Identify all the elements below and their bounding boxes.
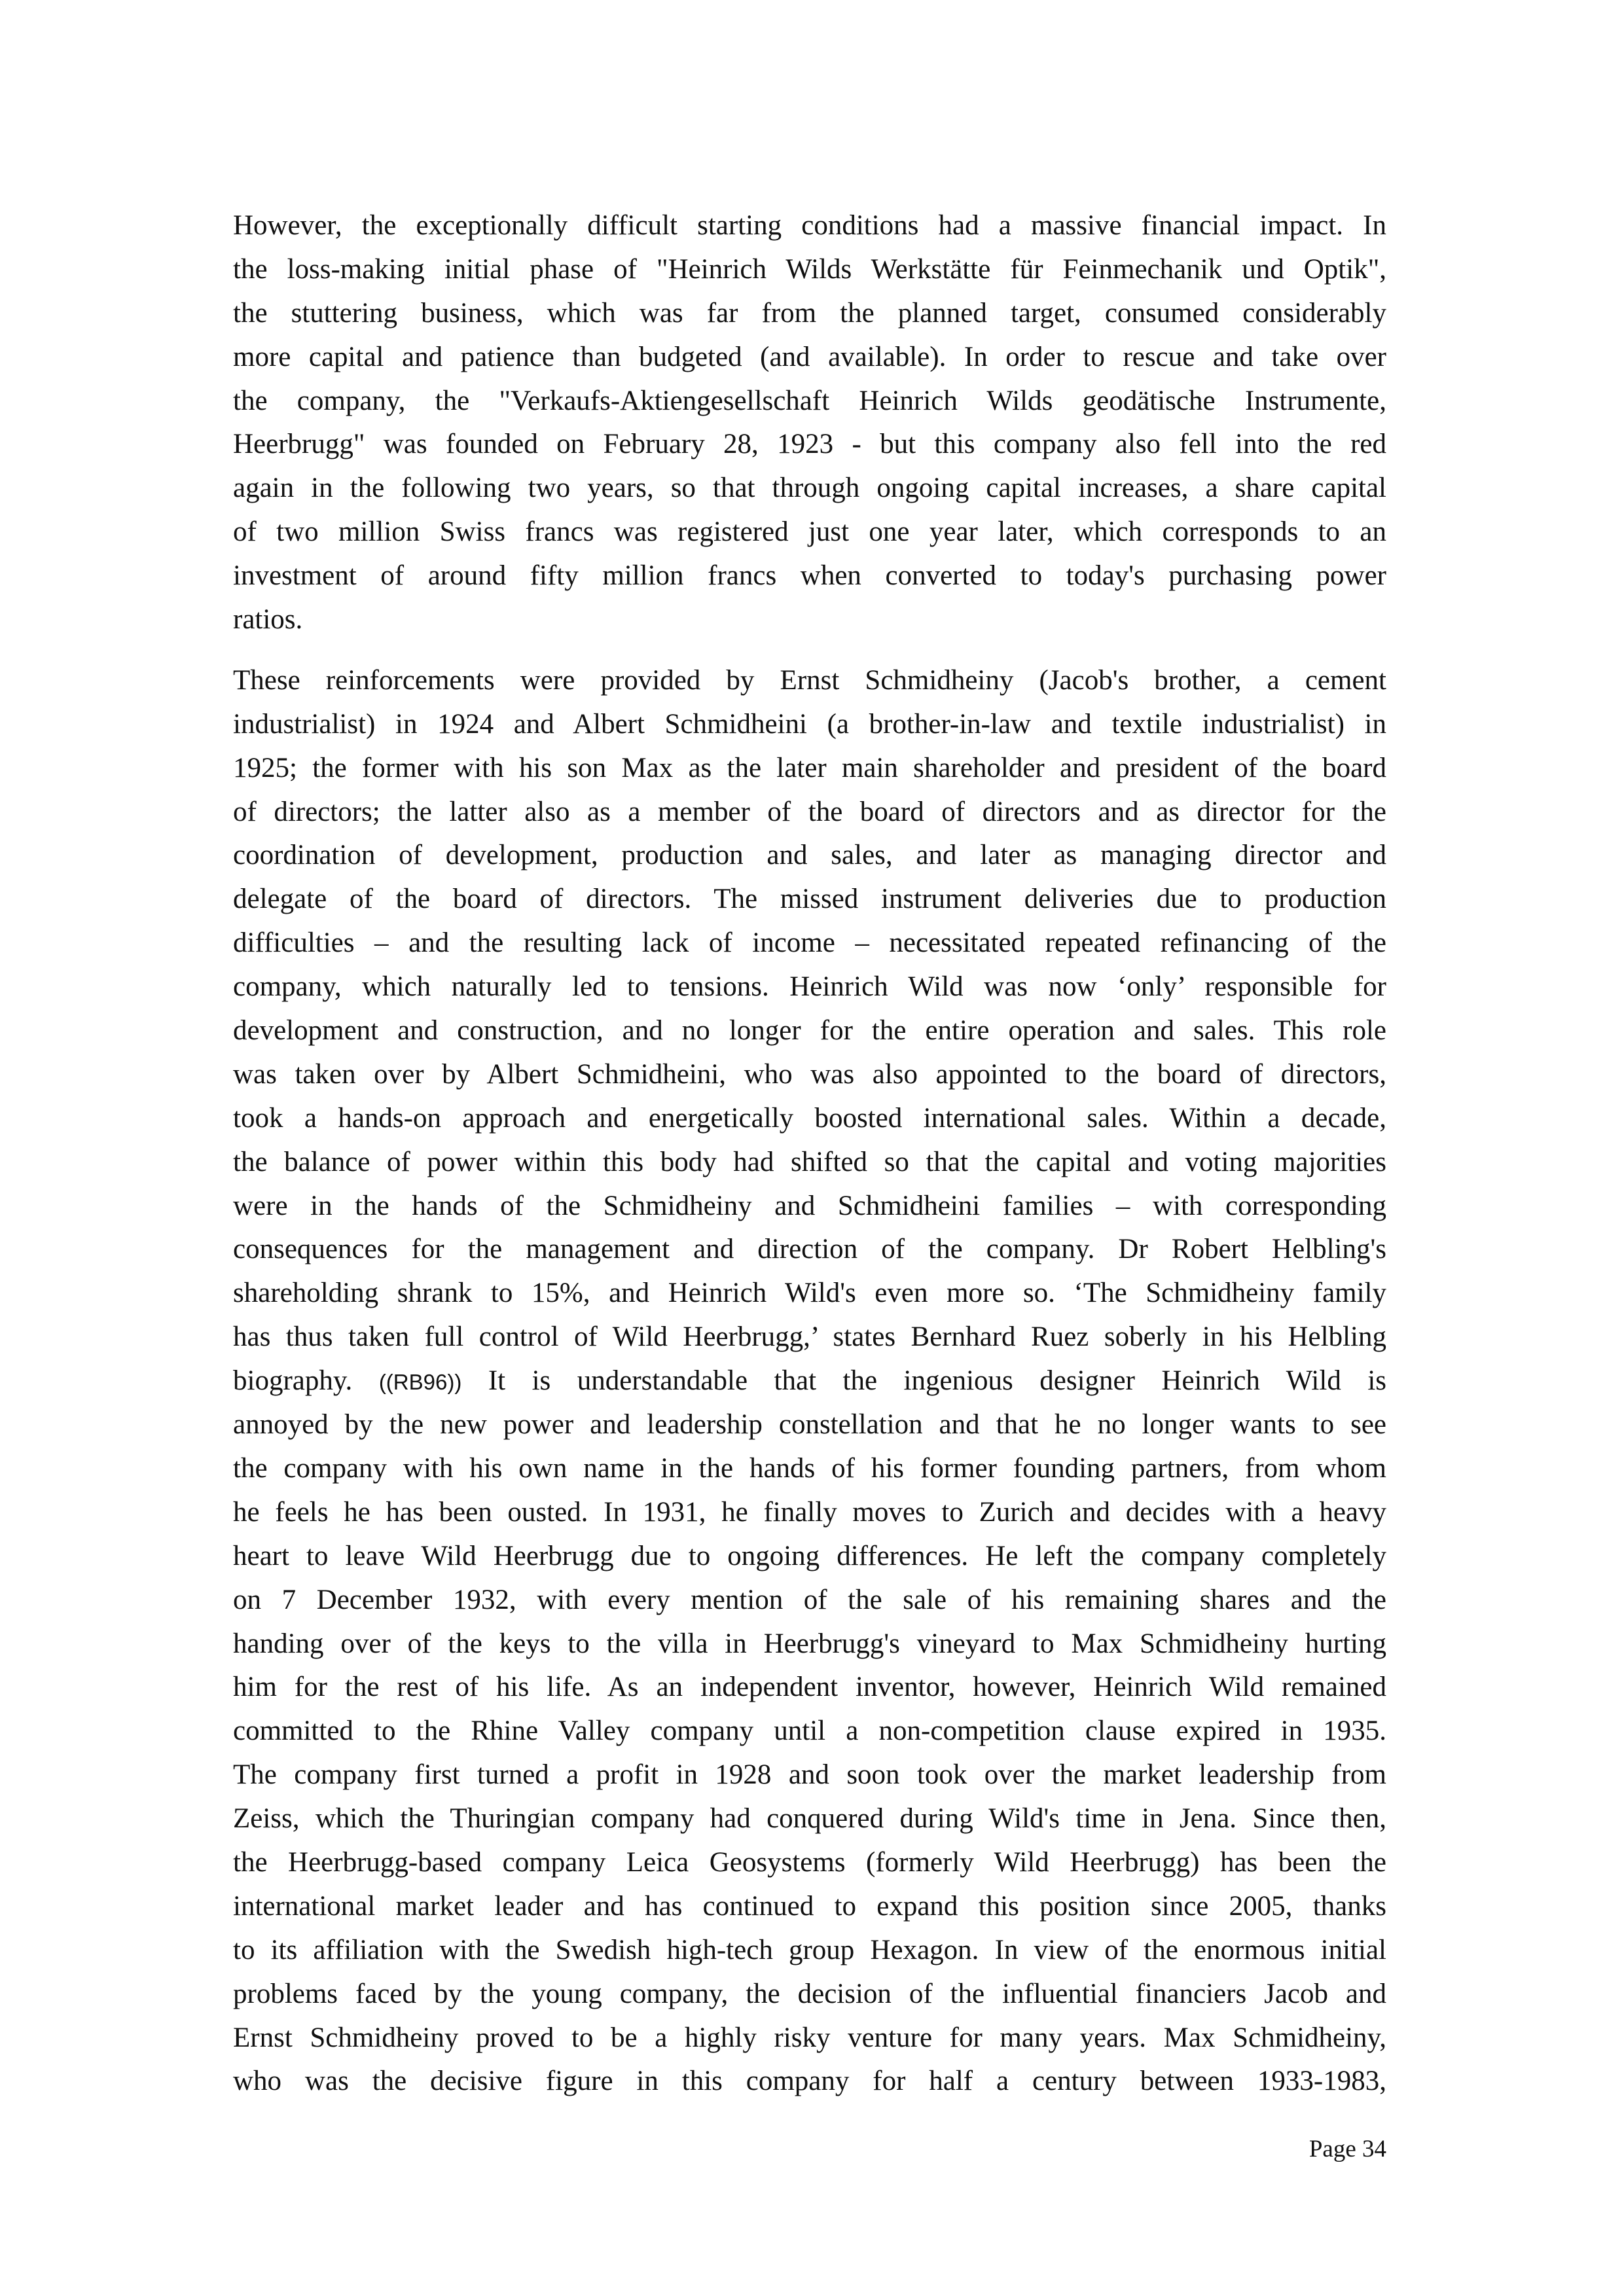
document-page: However, the exceptionally difficult sta… xyxy=(0,0,1624,2296)
text-line: the Heerbrugg-based company Leica Geosys… xyxy=(233,1841,1386,1885)
citation-before: biography. xyxy=(233,1365,379,1396)
page-number: Page 34 xyxy=(1309,2135,1386,2163)
text-line: ratios. xyxy=(233,598,1386,642)
body-text: However, the exceptionally difficult sta… xyxy=(233,204,1386,2121)
text-line: international market leader and has cont… xyxy=(233,1885,1386,1929)
text-line: consequences for the management and dire… xyxy=(233,1228,1386,1272)
text-line: him for the rest of his life. As an inde… xyxy=(233,1666,1386,1710)
text-line: The company first turned a profit in 192… xyxy=(233,1753,1386,1797)
text-line: industrialist) in 1924 and Albert Schmid… xyxy=(233,703,1386,747)
text-line: heart to leave Wild Heerbrugg due to ong… xyxy=(233,1535,1386,1579)
text-line: were in the hands of the Schmidheiny and… xyxy=(233,1185,1386,1229)
text-line: the company with his own name in the han… xyxy=(233,1447,1386,1491)
text-line: was taken over by Albert Schmidheini, wh… xyxy=(233,1053,1386,1097)
text-line: company, which naturally led to tensions… xyxy=(233,965,1386,1009)
text-line: Heerbrugg" was founded on February 28, 1… xyxy=(233,423,1386,467)
text-line: again in the following two years, so tha… xyxy=(233,467,1386,511)
text-line-with-citation: biography. ((RB96)) It is understandable… xyxy=(233,1359,1386,1403)
text-line: on 7 December 1932, with every mention o… xyxy=(233,1579,1386,1623)
text-line: committed to the Rhine Valley company un… xyxy=(233,1710,1386,1753)
text-line: to its affiliation with the Swedish high… xyxy=(233,1929,1386,1973)
text-line: annoyed by the new power and leadership … xyxy=(233,1403,1386,1447)
text-line: However, the exceptionally difficult sta… xyxy=(233,204,1386,248)
text-line: handing over of the keys to the villa in… xyxy=(233,1623,1386,1666)
text-line: has thus taken full control of Wild Heer… xyxy=(233,1316,1386,1359)
text-line: who was the decisive figure in this comp… xyxy=(233,2060,1386,2104)
text-line: problems faced by the young company, the… xyxy=(233,1973,1386,2017)
text-line: development and construction, and no lon… xyxy=(233,1009,1386,1053)
text-line: Zeiss, which the Thuringian company had … xyxy=(233,1797,1386,1841)
paragraph-1: However, the exceptionally difficult sta… xyxy=(233,204,1386,642)
citation-after: It is understandable that the ingenious … xyxy=(461,1365,1386,1396)
citation-reference: ((RB96)) xyxy=(379,1370,462,1394)
text-line: difficulties – and the resulting lack of… xyxy=(233,922,1386,965)
paragraph-2: These reinforcements were provided by Er… xyxy=(233,659,1386,2104)
text-line: of two million Swiss francs was register… xyxy=(233,511,1386,554)
text-line: shareholding shrank to 15%, and Heinrich… xyxy=(233,1272,1386,1316)
text-line: investment of around fifty million franc… xyxy=(233,554,1386,598)
text-line: coordination of development, production … xyxy=(233,834,1386,878)
text-line: delegate of the board of directors. The … xyxy=(233,878,1386,922)
text-line: the stuttering business, which was far f… xyxy=(233,292,1386,336)
text-line: more capital and patience than budgeted … xyxy=(233,336,1386,380)
text-line: 1925; the former with his son Max as the… xyxy=(233,747,1386,791)
text-line: of directors; the latter also as a membe… xyxy=(233,791,1386,834)
text-line: the balance of power within this body ha… xyxy=(233,1141,1386,1185)
text-line: Ernst Schmidheiny proved to be a highly … xyxy=(233,2017,1386,2060)
text-line: took a hands-on approach and energetical… xyxy=(233,1097,1386,1141)
text-line: the company, the "Verkaufs-Aktiengesells… xyxy=(233,380,1386,423)
text-line: These reinforcements were provided by Er… xyxy=(233,659,1386,703)
text-line: he feels he has been ousted. In 1931, he… xyxy=(233,1491,1386,1535)
text-line: the loss-making initial phase of "Heinri… xyxy=(233,248,1386,292)
